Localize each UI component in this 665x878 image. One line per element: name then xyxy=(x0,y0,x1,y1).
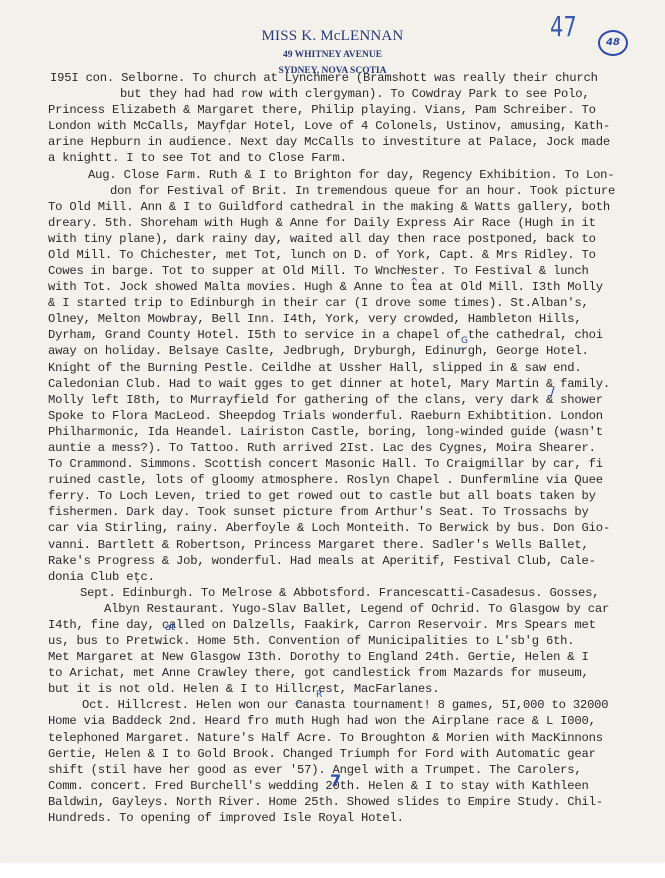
typed-line: with tiny plane), dark rainy day, waited… xyxy=(48,232,596,246)
typed-line: but they had had row with clergyman). To… xyxy=(120,87,590,101)
typed-line: auntie a mess?). To Tattoo. Ruth arrived… xyxy=(48,441,596,455)
pen-correction-mark: R xyxy=(316,690,322,700)
typed-line: fishermen. Dark day. Took sunset picture… xyxy=(48,505,589,519)
typed-line: I95I con. Selborne. To church at Lynchme… xyxy=(50,71,598,85)
letter-page: MISS K. McLENNAN 49 WHITNEY AVENUE SYDNE… xyxy=(0,0,665,862)
pen-correction-mark: ⌒ xyxy=(294,700,305,716)
pen-correction-mark: ı xyxy=(402,263,405,274)
typed-line: don for Festival of Brit. In tremendous … xyxy=(110,184,615,198)
typed-line: a knightt. I to see Tot and to Close Far… xyxy=(48,151,347,165)
typed-line: Philharmonic, Ida Heandel. Lairiston Cas… xyxy=(48,425,603,439)
typed-line: To Crammond. Simmons. Scottish concert M… xyxy=(48,457,603,471)
pen-correction-mark: / xyxy=(550,385,555,401)
typed-line: Baldwin, Gayleys. North River. Home 25th… xyxy=(48,795,603,809)
typed-line: away on holiday. Belsaye Caslte, Jedbrug… xyxy=(48,344,589,358)
typed-line: Met Margaret at New Glasgow I3th. Doroth… xyxy=(48,650,589,664)
pen-correction-mark: at xyxy=(165,622,175,633)
typed-line: shift (stil have her good as ever '57). … xyxy=(48,763,582,777)
typed-line: Rake's Progress & Job, wonderful. Had me… xyxy=(48,554,596,568)
typed-line: Aug. Close Farm. Ruth & I to Brighton fo… xyxy=(88,168,614,182)
typed-line: but it is not old. Helen & I to Hillcres… xyxy=(48,682,439,696)
typed-line: dreary. 5th. Shoreham with Hugh & Anne f… xyxy=(48,216,596,230)
typed-line: To Old Mill. Ann & I to Guildford cathed… xyxy=(48,200,610,214)
pen-correction-mark: 7 xyxy=(330,771,341,790)
pen-correction-mark: , xyxy=(136,574,139,585)
typed-line: Comm. concert. Fred Burchell's wedding 2… xyxy=(48,779,589,793)
typed-line: Sept. Edinburgh. To Melrose & Abbotsford… xyxy=(80,586,599,600)
typed-line: us, bus to Pretwick. Home 5th. Conventio… xyxy=(48,634,574,648)
typed-line: Caledonian Club. Had to wait gges to get… xyxy=(48,377,610,391)
typed-line: & I started trip to Edinburgh in their c… xyxy=(48,296,589,310)
typed-line: with Tot. Jock showed Malta movies. Hugh… xyxy=(48,280,603,294)
typed-line: Hundreds. To opening of improved Isle Ro… xyxy=(48,811,404,825)
typed-line: ruined castle, lots of gloomy atmosphere… xyxy=(48,473,603,487)
letterhead-address-street: 49 WHITNEY AVENUE xyxy=(0,50,665,60)
typed-line: London with McCalls, Mayfdar Hotel, Love… xyxy=(48,119,610,133)
typed-line: arine Hepburn in audience. Next day McCa… xyxy=(48,135,610,149)
typed-line: Olney, Melton Mowbray, Bell Inn. I4th, Y… xyxy=(48,312,582,326)
typed-line: Gertie, Helen & I to Gold Brook. Changed… xyxy=(48,747,596,761)
pen-correction-mark: ^ xyxy=(458,347,466,357)
typed-line: car via Stirling, rainy. Aberfoyle & Loc… xyxy=(48,521,610,535)
typed-line: Dyrham, Grand County Hotel. I5th to serv… xyxy=(48,328,603,342)
typed-line: Cowes in barge. Tot to supper at Old Mil… xyxy=(48,264,589,278)
typed-line: vanni. Bartlett & Robertson, Princess Ma… xyxy=(48,538,589,552)
pen-correction-mark: ^ xyxy=(410,277,418,288)
typed-line: Knight of the Burning Pestle. Ceildhe at… xyxy=(48,361,582,375)
pen-correction-mark: ʹ xyxy=(228,130,231,141)
typed-line: ferry. To Loch Leven, tried to get rowed… xyxy=(48,489,596,503)
typed-line: Spoke to Flora MacLeod. Sheepdog Trials … xyxy=(48,409,603,423)
pen-correction-mark: G xyxy=(461,336,468,346)
handwritten-page-number: 47 xyxy=(550,10,577,43)
typed-line: Old Mill. To Chichester, met Tot, lunch … xyxy=(48,248,596,262)
typed-line: Home via Baddeck 2nd. Heard fro muth Hug… xyxy=(48,714,596,728)
typed-line: Oct. Hillcrest. Helen won our Canasta to… xyxy=(82,698,608,712)
typed-line: to Arichat, met Anne Crawley there, got … xyxy=(48,666,589,680)
typed-line: Princess Elizabeth & Margaret there, Phi… xyxy=(48,103,596,117)
typed-line: telephoned Margaret. Nature's Half Acre.… xyxy=(48,731,603,745)
typed-line: Molly left I8th, to Murrayfield for gath… xyxy=(48,393,603,407)
typed-line: Albyn Restaurant. Yugo-Slav Ballet, Lege… xyxy=(104,602,609,616)
typed-line: I4th, fine day, called on Dalzells, Faak… xyxy=(48,618,596,632)
circled-page-number: 48 xyxy=(598,30,628,56)
